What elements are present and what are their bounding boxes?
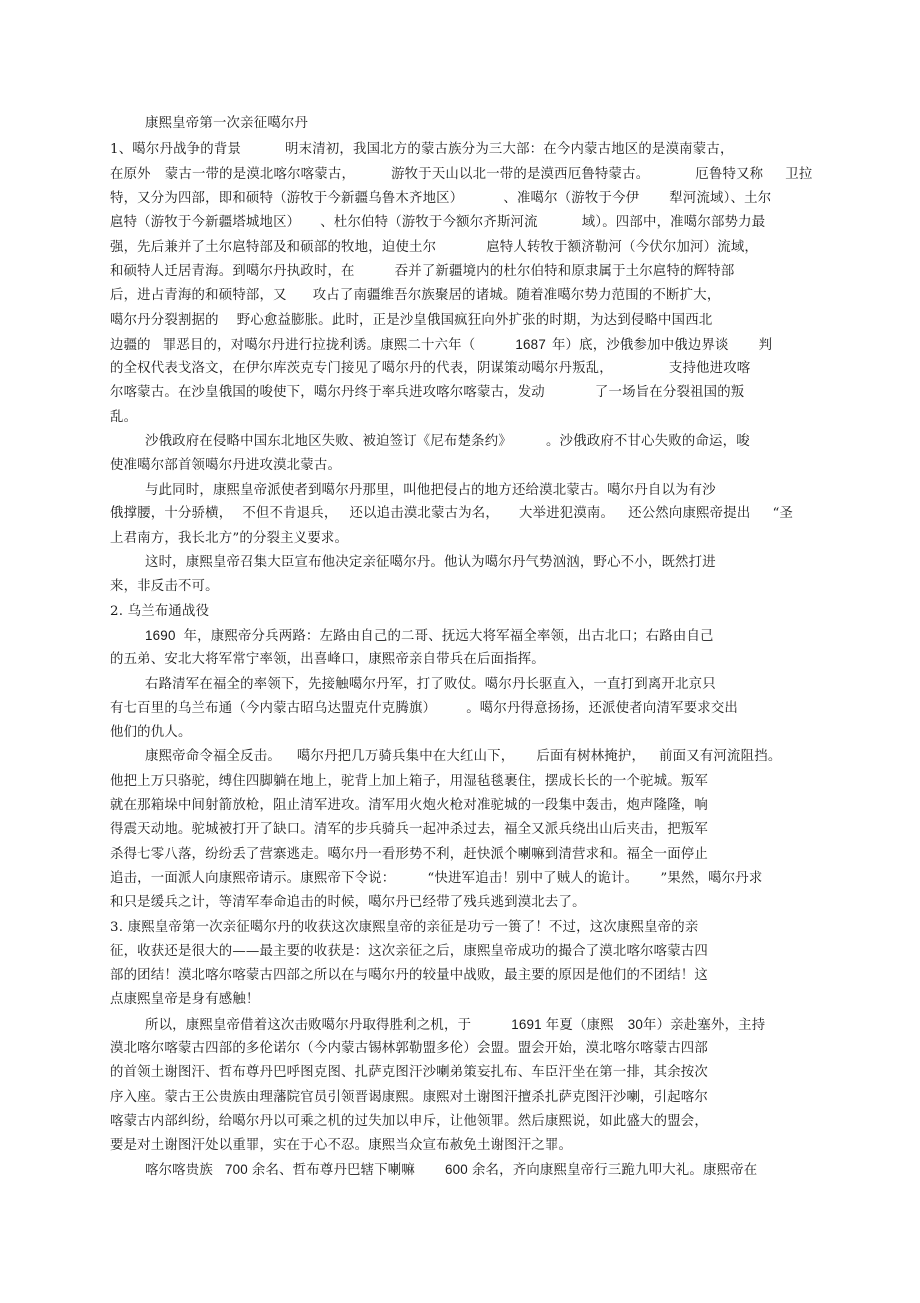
text-segment: 的全权代表戈洛文，在伊尔库茨克专门接见了噶尔丹的代表，阴谋策动噶尔丹叛乱，	[110, 361, 613, 376]
text-segment: 年）亲赴塞外，主持	[643, 1018, 765, 1033]
paragraph-start: 右路清军在福全的率领下，先接触噶尔丹军，打了败仗。噶尔丹长驱直入，一直打到离开北…	[145, 676, 716, 694]
text-segment: 年夏（康熙	[546, 1018, 614, 1033]
text-segment: 攻占了南疆维吾尔族聚居的诸城。随着准噶尔势力范围的不断扩大，	[313, 288, 721, 303]
text-line: 乱。	[110, 409, 137, 427]
text-segment: 扈特人转牧于额济勒河（今伏尔加河）流域，	[486, 240, 758, 255]
text-segment: 就在那箱垛中间射箭放枪，阻止清军进攻。清军用火炮火枪对准驼城的一段集中轰击，炮声…	[110, 798, 708, 813]
text-segment: 后面有树林掩护，	[536, 749, 645, 764]
paragraph-start: 康熙帝命令福全反击。噶尔丹把几万骑兵集中在大红山下，后面有树林掩护，前面又有河流…	[145, 748, 781, 766]
document-page: 康熙皇帝第一次亲征噶尔丹 1、噶尔丹战争的背景明末清初，我国北方的蒙古族分为三大…	[0, 0, 920, 1303]
text-line: 他们的仇人。	[110, 724, 192, 742]
text-segment: 还公然向康熙帝提出	[628, 506, 750, 521]
text-segment: 的首领土谢图汗、哲布尊丹巴呼图克图、扎萨克图汗沙喇弟策妄扎布、车臣汗坐在第一排，…	[110, 1065, 708, 1080]
year-number: 1690	[145, 628, 176, 643]
text-segment: 的五弟、安北大将军常宁率领，出喜峰口，康熙帝亲自带兵在后面指挥。	[110, 652, 545, 667]
text-segment: 喀尔喀贵族	[145, 1163, 213, 1178]
text-segment: 野心愈益膨胀。此时，正是沙皇俄国疯狂向外扩张的时期，为达到侵略中国西北	[237, 313, 713, 328]
paragraph-start: 这时，康熙皇帝召集大臣宣布他决定亲征噶尔丹。他认为噶尔丹气势汹汹，野心不小，既然…	[145, 554, 716, 572]
text-segment: 征，收获还是很大的——最主要的收获是：这次亲征之后，康熙皇帝成功的撮合了漠北喀尔…	[110, 944, 708, 959]
text-segment: 。噶尔丹得意扬扬，还派使者向清军要求交出	[466, 701, 738, 716]
text-segment: 吞并了新疆境内的杜尔伯特和原隶属于土尔扈特的辉特部	[395, 264, 735, 279]
text-segment: ”果然，噶尔丹求	[660, 871, 762, 886]
text-line: 追击，一面派人向康熙帝请示。康熙帝下令说：“快进军追击！别中了贼人的诡计。”果然…	[110, 870, 763, 888]
text-line: 来，非反击不可。	[110, 578, 219, 596]
text-line: 使准噶尔部首领噶尔丹进攻漠北蒙古。	[110, 457, 341, 475]
text-line: 俄撑腰，十分骄横，不但不肯退兵，还以追击漠北蒙古为名，大举进犯漠南。还公然向康熙…	[110, 505, 793, 523]
text-line: 得震天动地。驼城被打开了缺口。清军的步兵骑兵一起冲杀过去，福全又派兵绕出山后夹击…	[110, 821, 708, 839]
document-title: 康熙皇帝第一次亲征噶尔丹	[145, 115, 308, 133]
text-line: 边疆的罪恶目的，对噶尔丹进行拉拢利诱。康熙二十六年（1687年）底，沙俄参加中俄…	[110, 336, 772, 355]
text-segment: 与此同时，康熙皇帝派使者到噶尔丹那里，叫他把侵占的地方还给漠北蒙古。噶尔丹自以为…	[145, 483, 716, 498]
text-line: 杀得七零八落，纷纷丢了营寨逃走。噶尔丹一看形势不利，赶快派个喇嘛到清营求和。福全…	[110, 846, 708, 864]
text-segment: 余名，齐向康熙皇帝行三跪九叩大礼。康熙帝在	[472, 1163, 757, 1178]
text-segment: 和硕特人迁居青海。到噶尔丹执政时，在	[110, 264, 355, 279]
text-segment: 所以，康熙皇帝借着这次击败噶尔丹取得胜利之机，于	[145, 1018, 471, 1033]
text-line: 征，收获还是很大的——最主要的收获是：这次亲征之后，康熙皇帝成功的撮合了漠北喀尔…	[110, 943, 708, 961]
text-segment: 漠北喀尔喀蒙古四部的多伦诺尔（今内蒙古锡林郭勒盟多伦）会盟。盟会开始，漠北喀尔喀…	[110, 1041, 708, 1056]
text-segment: 得震天动地。驼城被打开了缺口。清军的步兵骑兵一起冲杀过去，福全又派兵绕出山后夹击…	[110, 822, 708, 837]
text-line: 要是对土谢图汗处以重罪，实在于心不忍。康熙当众宣布赦免土谢图汗之罪。	[110, 1137, 572, 1155]
text-segment: 厄鲁特又称	[695, 167, 763, 182]
text-segment: 前面又有河流阻挡。	[659, 749, 781, 764]
text-line: 噶尔丹分裂割据的野心愈益膨胀。此时，正是沙皇俄国疯狂向外扩张的时期，为达到侵略中…	[110, 312, 712, 330]
text-segment: 有七百里的乌兰布通（今内蒙古昭乌达盟克什克腾旗）	[110, 701, 436, 716]
section-3-heading-line: 3. 康熙皇帝第一次亲征噶尔丹的收获这次康熙皇帝的亲征是功亏一篑了！不过，这次康…	[110, 919, 698, 937]
text-segment: 年，康熙帝分兵两路：左路由自己的二哥、抚远大将军福全率领，出古北口；右路由自己	[184, 629, 714, 644]
paragraph-start: 与此同时，康熙皇帝派使者到噶尔丹那里，叫他把侵占的地方还给漠北蒙古。噶尔丹自以为…	[145, 482, 716, 500]
text-segment: 。沙俄政府不甘心失败的命运，唆	[546, 434, 750, 449]
text-segment: 犁河流域）、土尔	[669, 191, 771, 206]
section-heading: 1、噶尔丹战争的背景	[110, 142, 241, 157]
text-line: 就在那箱垛中间射箭放枪，阻止清军进攻。清军用火炮火枪对准驼城的一段集中轰击，炮声…	[110, 797, 708, 815]
year-number: 1687	[515, 337, 546, 352]
text-segment: 序入座。蒙古王公贵族由理藩院官员引领晋谒康熙。康熙对土谢图汗擅杀扎萨克图汗沙喇，…	[110, 1090, 708, 1105]
text-segment: 喀蒙古内部纠纷，给噶尔丹以可乘之机的过失加以申斥，让他领罪。然后康熙说，如此盛大…	[110, 1114, 708, 1129]
text-line: 有七百里的乌兰布通（今内蒙古昭乌达盟克什克腾旗）。噶尔丹得意扬扬，还派使者向清军…	[110, 700, 738, 718]
text-segment: 部的团结！漠北喀尔喀蒙古四部之所以在与噶尔丹的较量中战败，最主要的原因是他们的不…	[110, 968, 708, 983]
text-segment: 噶尔丹把几万骑兵集中在大红山下，	[297, 749, 514, 764]
text-line: 的首领土谢图汗、哲布尊丹巴呼图克图、扎萨克图汗沙喇弟策妄扎布、车臣汗坐在第一排，…	[110, 1064, 708, 1082]
text-segment: 上君南方，我长北方”的分裂主义要求。	[110, 531, 348, 546]
text-segment: 使准噶尔部首领噶尔丹进攻漠北蒙古。	[110, 458, 341, 473]
text-segment: 、杜尔伯特（游牧于今额尔齐斯河流	[320, 215, 537, 230]
text-segment: 要是对土谢图汗处以重罪，实在于心不忍。康熙当众宣布赦免土谢图汗之罪。	[110, 1138, 572, 1153]
text-segment: 蒙古一带的是漠北喀尔喀蒙古，	[165, 167, 355, 182]
text-line: 序入座。蒙古王公贵族由理藩院官员引领晋谒康熙。康熙对土谢图汗擅杀扎萨克图汗沙喇，…	[110, 1089, 708, 1107]
text-segment: 卫拉	[785, 167, 812, 182]
text-line: 强，先后兼并了土尔扈特部及和硕部的牧地，迫使土尔扈特人转牧于额济勒河（今伏尔加河…	[110, 239, 758, 257]
text-segment: 年）底，沙俄参加中俄边界谈	[552, 338, 729, 353]
text-segment: 扈特（游牧于今新疆塔城地区）	[110, 215, 300, 230]
text-segment: 噶尔丹分裂割据的	[110, 313, 219, 328]
section-heading: 3. 康熙皇帝第一次亲征噶尔丹的收获这次康熙皇帝的亲征是功亏一篑了！不过，这次康…	[110, 920, 698, 935]
text-line: 在原外蒙古一带的是漠北喀尔喀蒙古，游牧于天山以北一带的是漠西厄鲁特蒙古。厄鲁特又…	[110, 166, 812, 184]
text-line: 喀蒙古内部纠纷，给噶尔丹以可乘之机的过失加以申斥，让他领罪。然后康熙说，如此盛大…	[110, 1113, 708, 1131]
text-line: 的全权代表戈洛文，在伊尔库茨克专门接见了噶尔丹的代表，阴谋策动噶尔丹叛乱，支持他…	[110, 360, 750, 378]
paragraph-start: 沙俄政府在侵略中国东北地区失败、被迫签订《尼布楚条约》。沙俄政府不甘心失败的命运…	[145, 433, 750, 451]
text-segment: 明末清初，我国北方的蒙古族分为三大部：在今内蒙古地区的是漠南蒙古，	[285, 142, 734, 157]
text-line: 他把上万只骆驼，缚住四脚躺在地上，驼背上加上箱子，用湿毡毯裹住，摆成长长的一个驼…	[110, 773, 708, 791]
text-segment: 支持他进攻喀	[669, 361, 751, 376]
year-number: 1691	[511, 1017, 542, 1032]
text-line: 上君南方，我长北方”的分裂主义要求。	[110, 530, 348, 548]
text-segment: 尔喀蒙古。在沙皇俄国的唆使下，噶尔丹终于率兵进攻喀尔喀蒙古，发动	[110, 385, 545, 400]
section-1-heading-line: 1、噶尔丹战争的背景明末清初，我国北方的蒙古族分为三大部：在今内蒙古地区的是漠南…	[110, 141, 734, 159]
paragraph-start: 1690年，康熙帝分兵两路：左路由自己的二哥、抚远大将军福全率领，出古北口；右路…	[145, 627, 714, 646]
text-segment: 追击，一面派人向康熙帝请示。康熙帝下令说：	[110, 871, 395, 886]
text-line: 特，又分为四部，即和硕特（游牧于今新疆乌鲁木齐地区）、准噶尔（游牧于今伊犁河流域…	[110, 190, 771, 208]
paragraph-start: 所以，康熙皇帝借着这次击败噶尔丹取得胜利之机，于1691年夏（康熙30年）亲赴塞…	[145, 1016, 765, 1035]
text-line: 的五弟、安北大将军常宁率领，出喜峰口，康熙帝亲自带兵在后面指挥。	[110, 651, 545, 669]
text-segment: 强，先后兼并了土尔扈特部及和硕部的牧地，迫使土尔	[110, 240, 436, 255]
text-segment: “圣	[772, 506, 793, 521]
text-line: 部的团结！漠北喀尔喀蒙古四部之所以在与噶尔丹的较量中战败，最主要的原因是他们的不…	[110, 967, 708, 985]
text-line: 点康熙皇帝是身有感触！	[110, 991, 260, 1009]
text-segment: 不但不肯退兵，	[242, 506, 337, 521]
text-segment: 判	[759, 338, 773, 353]
text-segment: 后，进占青海的和硕特部，又	[110, 288, 287, 303]
text-line: 扈特（游牧于今新疆塔城地区）、杜尔伯特（游牧于今额尔齐斯河流域）。四部中，准噶尔…	[110, 214, 765, 232]
text-segment: 、准噶尔（游牧于今伊	[503, 191, 639, 206]
text-segment: 和只是缓兵之计，等清军奉命追击的时候，噶尔丹已经带了残兵逃到漠北去了。	[110, 895, 586, 910]
text-segment: 他们的仇人。	[110, 725, 192, 740]
title-text: 康熙皇帝第一次亲征噶尔丹	[145, 116, 308, 131]
paragraph-start: 喀尔喀贵族700余名、哲布尊丹巴辖下喇嘛600余名，齐向康熙皇帝行三跪九叩大礼。…	[145, 1161, 757, 1180]
text-segment: 大举进犯漠南。	[519, 506, 614, 521]
text-segment: 还以追击漠北蒙古为名，	[349, 506, 499, 521]
text-segment: 这时，康熙皇帝召集大臣宣布他决定亲征噶尔丹。他认为噶尔丹气势汹汹，野心不小，既然…	[145, 555, 716, 570]
text-segment: 域）。四部中，准噶尔部势力最	[582, 215, 766, 230]
text-segment: 边疆的	[110, 338, 151, 353]
text-segment: 乱。	[110, 410, 137, 425]
text-segment: 杀得七零八落，纷纷丢了营寨逃走。噶尔丹一看形势不利，赶快派个喇嘛到清营求和。福全…	[110, 847, 708, 862]
section-2-heading: 2. 乌兰布通战役	[110, 603, 209, 621]
text-line: 后，进占青海的和硕特部，又攻占了南疆维吾尔族聚居的诸城。随着准噶尔势力范围的不断…	[110, 287, 720, 305]
section-heading: 2. 乌兰布通战役	[110, 604, 209, 619]
text-segment: 俄撑腰，十分骄横，	[110, 506, 232, 521]
text-segment: 沙俄政府在侵略中国东北地区失败、被迫签订《尼布楚条约》	[145, 434, 512, 449]
text-line: 和硕特人迁居青海。到噶尔丹执政时，在吞并了新疆境内的杜尔伯特和原隶属于土尔扈特的…	[110, 263, 734, 281]
text-line: 尔喀蒙古。在沙皇俄国的唆使下，噶尔丹终于率兵进攻喀尔喀蒙古，发动了一场旨在分裂祖…	[110, 384, 744, 402]
text-segment: 他把上万只骆驼，缚住四脚躺在地上，驼背上加上箱子，用湿毡毯裹住，摆成长长的一个驼…	[110, 774, 708, 789]
text-segment: 右路清军在福全的率领下，先接触噶尔丹军，打了败仗。噶尔丹长驱直入，一直打到离开北…	[145, 677, 716, 692]
text-segment: 了一场旨在分裂祖国的叛	[595, 385, 745, 400]
text-segment: 在原外	[110, 167, 151, 182]
text-segment: 游牧于天山以北一带的是漠西厄鲁特蒙古。	[391, 167, 649, 182]
count-number: 700	[225, 1162, 248, 1177]
year-number: 30	[628, 1017, 643, 1032]
text-segment: 康熙帝命令福全反击。	[145, 749, 281, 764]
text-line: 和只是缓兵之计，等清军奉命追击的时候，噶尔丹已经带了残兵逃到漠北去了。	[110, 894, 586, 912]
text-segment: 来，非反击不可。	[110, 579, 219, 594]
text-segment: 点康熙皇帝是身有感触！	[110, 992, 260, 1007]
text-segment: 罪恶目的，对噶尔丹进行拉拢利诱。康熙二十六年（	[163, 338, 476, 353]
quote-text: “快进军追击！别中了贼人的诡计。	[427, 871, 638, 886]
text-segment: 余名、哲布尊丹巴辖下喇嘛	[252, 1163, 415, 1178]
text-segment: 特，又分为四部，即和硕特（游牧于今新疆乌鲁木齐地区）	[110, 191, 463, 206]
text-line: 漠北喀尔喀蒙古四部的多伦诺尔（今内蒙古锡林郭勒盟多伦）会盟。盟会开始，漠北喀尔喀…	[110, 1040, 708, 1058]
count-number: 600	[445, 1162, 468, 1177]
